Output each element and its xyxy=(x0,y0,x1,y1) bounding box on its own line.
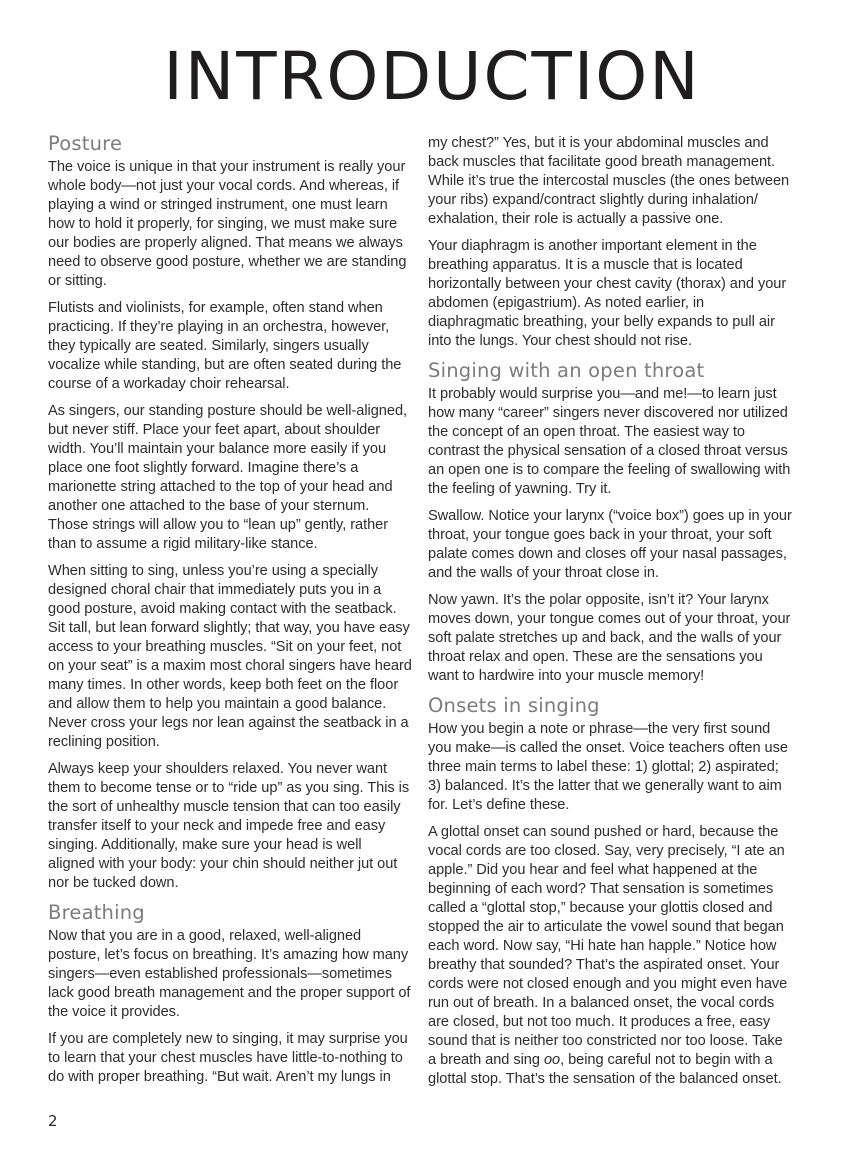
heading-breathing: Breathing xyxy=(48,901,412,925)
heading-onsets: Onsets in singing xyxy=(428,694,792,718)
paragraph-text: A glottal onset can sound pushed or hard… xyxy=(428,824,787,1068)
right-column: my chest?” Yes, but it is your abdominal… xyxy=(428,134,792,1097)
heading-open-throat: Singing with an open throat xyxy=(428,359,792,383)
paragraph: my chest?” Yes, but it is your abdominal… xyxy=(428,134,792,229)
page-number: 2 xyxy=(48,1112,58,1130)
paragraph: Now that you are in a good, relaxed, wel… xyxy=(48,927,412,1022)
paragraph: It probably would surprise you—and me!—t… xyxy=(428,385,792,499)
paragraph: When sitting to sing, unless you’re usin… xyxy=(48,562,412,752)
italic-word: oo xyxy=(544,1052,560,1068)
paragraph: A glottal onset can sound pushed or hard… xyxy=(428,823,792,1089)
paragraph: Now yawn. It’s the polar opposite, isn’t… xyxy=(428,591,792,686)
paragraph: Always keep your shoulders relaxed. You … xyxy=(48,760,412,893)
paragraph: The voice is unique in that your instrum… xyxy=(48,158,412,291)
paragraph: Flutists and violinists, for example, of… xyxy=(48,299,412,394)
heading-posture: Posture xyxy=(48,132,412,156)
paragraph: If you are completely new to singing, it… xyxy=(48,1030,412,1087)
paragraph: How you begin a note or phrase—the very … xyxy=(428,720,792,815)
paragraph: Your diaphragm is another important elem… xyxy=(428,237,792,351)
paragraph: Swallow. Notice your larynx (“voice box”… xyxy=(428,507,792,583)
page-title: INTRODUCTION xyxy=(0,44,864,110)
left-column: Posture The voice is unique in that your… xyxy=(48,132,412,1095)
paragraph: As singers, our standing posture should … xyxy=(48,402,412,554)
